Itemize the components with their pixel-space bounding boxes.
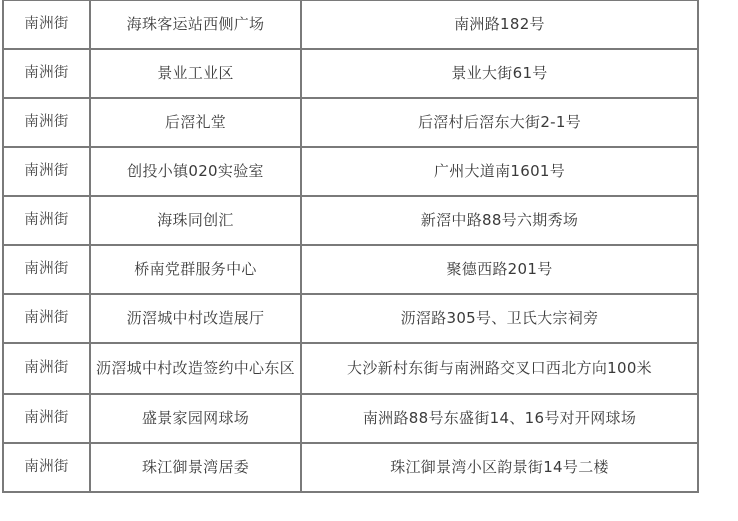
address-cell: 南洲路182号: [301, 0, 698, 49]
street-cell: 南洲街: [3, 49, 90, 98]
address-cell: 沥滘路305号、卫氏大宗祠旁: [301, 294, 698, 343]
street-cell: 南洲街: [3, 147, 90, 196]
table-row: 南洲街 海珠同创汇 新滘中路88号六期秀场: [3, 196, 698, 245]
table-row: 南洲街 珠江御景湾居委 珠江御景湾小区韵景街14号二楼: [3, 443, 698, 492]
table-row: 南洲街 桥南党群服务中心 聚德西路201号: [3, 245, 698, 294]
table-row: 南洲街 海珠客运站西侧广场 南洲路182号: [3, 0, 698, 49]
site-name-cell: 后滘礼堂: [90, 98, 301, 147]
street-cell: 南洲街: [3, 196, 90, 245]
address-cell: 后滘村后滘东大街2-1号: [301, 98, 698, 147]
address-cell: 大沙新村东街与南洲路交叉口西北方向100米: [301, 343, 698, 394]
site-name-cell: 海珠客运站西侧广场: [90, 0, 301, 49]
address-cell: 珠江御景湾小区韵景街14号二楼: [301, 443, 698, 492]
table-row: 南洲街 后滘礼堂 后滘村后滘东大街2-1号: [3, 98, 698, 147]
site-name-cell: 盛景家园网球场: [90, 394, 301, 443]
address-cell: 新滘中路88号六期秀场: [301, 196, 698, 245]
street-cell: 南洲街: [3, 443, 90, 492]
site-name-cell: 创投小镇020实验室: [90, 147, 301, 196]
street-cell: 南洲街: [3, 245, 90, 294]
testing-sites-table: 南洲街 海珠客运站西侧广场 南洲路182号 南洲街 景业工业区 景业大街61号 …: [2, 0, 699, 493]
address-cell: 聚德西路201号: [301, 245, 698, 294]
site-name-cell: 景业工业区: [90, 49, 301, 98]
table-row: 南洲街 盛景家园网球场 南洲路88号东盛街14、16号对开网球场: [3, 394, 698, 443]
table-row: 南洲街 沥滘城中村改造签约中心东区 大沙新村东街与南洲路交叉口西北方向100米: [3, 343, 698, 394]
street-cell: 南洲街: [3, 394, 90, 443]
street-cell: 南洲街: [3, 294, 90, 343]
site-name-cell: 沥滘城中村改造签约中心东区: [90, 343, 301, 394]
table-row: 南洲街 景业工业区 景业大街61号: [3, 49, 698, 98]
site-name-cell: 海珠同创汇: [90, 196, 301, 245]
table-row: 南洲街 沥滘城中村改造展厅 沥滘路305号、卫氏大宗祠旁: [3, 294, 698, 343]
street-cell: 南洲街: [3, 98, 90, 147]
testing-sites-table-container: 南洲街 海珠客运站西侧广场 南洲路182号 南洲街 景业工业区 景业大街61号 …: [2, 0, 698, 493]
site-name-cell: 珠江御景湾居委: [90, 443, 301, 492]
address-cell: 景业大街61号: [301, 49, 698, 98]
site-name-cell: 沥滘城中村改造展厅: [90, 294, 301, 343]
street-cell: 南洲街: [3, 343, 90, 394]
site-name-cell: 桥南党群服务中心: [90, 245, 301, 294]
address-cell: 广州大道南1601号: [301, 147, 698, 196]
address-cell: 南洲路88号东盛街14、16号对开网球场: [301, 394, 698, 443]
table-row: 南洲街 创投小镇020实验室 广州大道南1601号: [3, 147, 698, 196]
street-cell: 南洲街: [3, 0, 90, 49]
